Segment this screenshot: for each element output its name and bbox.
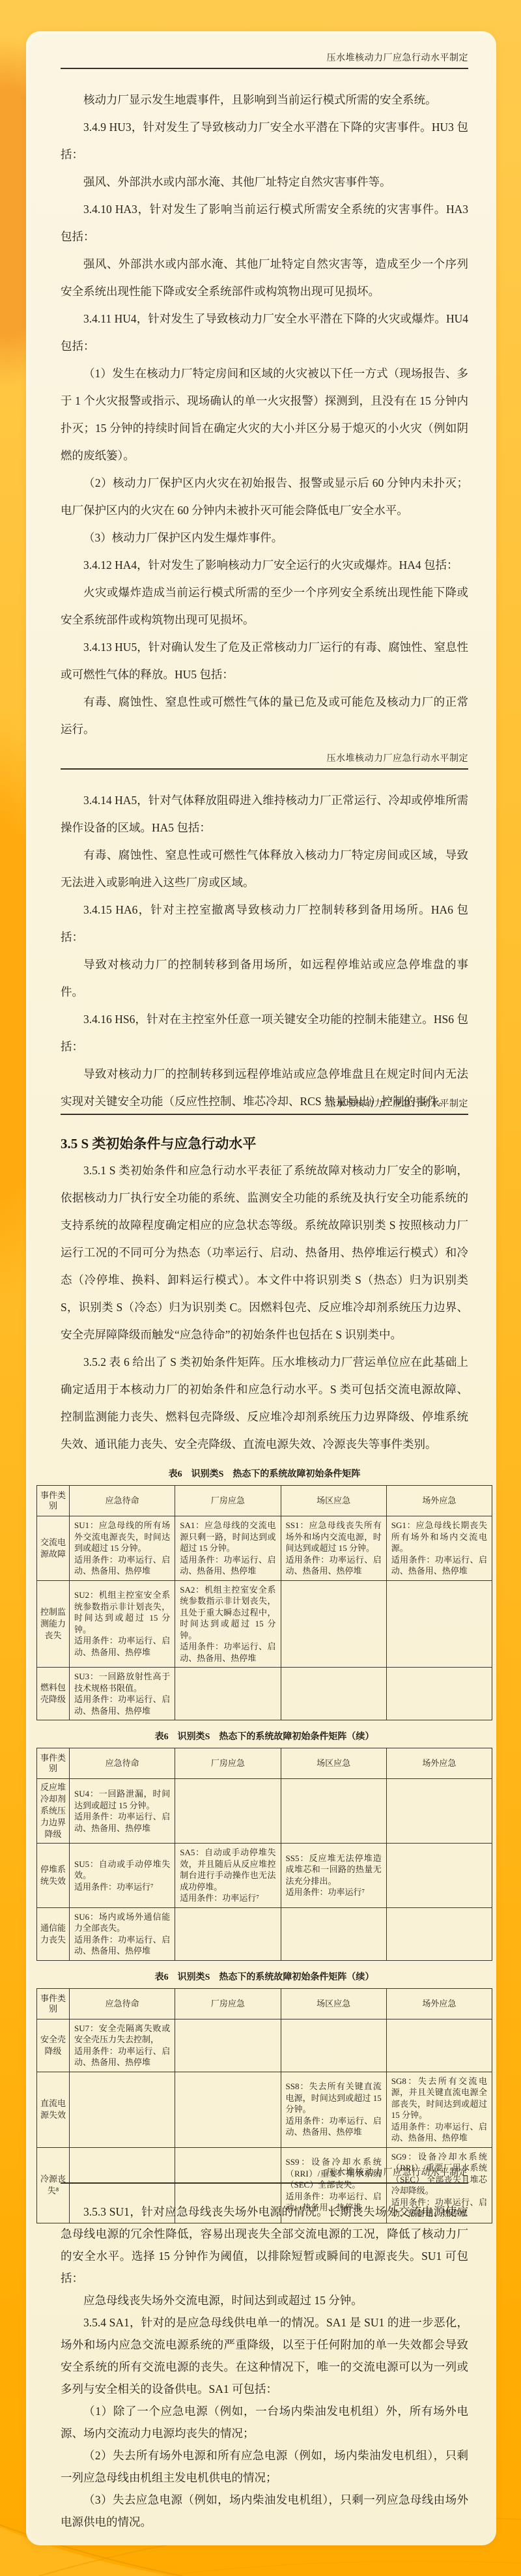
row-label: 安全壳降级	[37, 2019, 70, 2072]
row-label: 通信能力丧失	[37, 1907, 70, 1960]
column-header: 应急待命	[70, 1748, 175, 1779]
table-row: 安全壳降级SU7：安全壳隔离失败或安全壳压力失去控制，适用条件：功率运行、启动、…	[37, 2019, 492, 2072]
page-body: 3.5.3 SU1，针对应急母线丧失场外电源的情况。长期丧失场外交流电源使应急母…	[61, 2201, 468, 2533]
cell-text-line: 适用条件：功率运行⁷	[74, 1881, 170, 1893]
page-section: 压水堆核动力厂应急行动水平制定核动力厂显示发生地震事件，且影响到当前运行模式所需…	[61, 51, 468, 743]
eal-matrix-table: 事件类别应急待命厂房应急场区应急场外应急反应堆冷却剂系统压力边界降级SU4：一回…	[36, 1748, 492, 1961]
matrix-cell	[175, 2072, 281, 2147]
paragraph: 导致对核动力厂的控制转移到备用场所，如远程停堆站或应急停堆盘的事件。	[61, 951, 468, 1006]
matrix-cell: SU3：一回路放射性高于技术规格书限值。适用条件：功率运行、启动、热备用、热停堆	[70, 1668, 175, 1720]
matrix-cell	[281, 1907, 386, 1960]
cell-text-line: 适用条件：功率运行、启动、热备用、热停堆	[74, 1694, 170, 1716]
cell-text-line: SS5：反应堆无法停堆造成堆芯和一回路的热量无法充分排出。	[286, 1853, 382, 1887]
cell-text-line: SU3：一回路放射性高于技术规格书限值。	[74, 1671, 170, 1694]
paragraph: （1）发生在核动力厂特定房间和区域的火灾被以下任一方式（现场报告、多于 1 个火…	[61, 360, 468, 469]
cell-text-line: SS8：失去所有关键直流电源，时间达到或超过 15 分钟。	[286, 2081, 382, 2115]
matrix-cell: SU1：应急母线的所有场外交流电源丧失，时间达到或超过 15 分钟。适用条件：功…	[70, 1516, 175, 1581]
cell-text-line: SA5：自动或手动停堆失效，并且随后从反应堆控制台进行手动操作也无法成功停堆。	[180, 1847, 275, 1892]
cell-text-line: SU4：一回路泄漏，时间达到或超过 15 分钟。	[74, 1788, 170, 1811]
column-header: 应急待命	[70, 1988, 175, 2019]
matrix-cell	[175, 1668, 281, 1720]
matrix-cell	[175, 2019, 281, 2072]
paragraph: （2）核动力厂保护区内火灾在初始报告、报警或显示后 60 分钟内未扑灭；电厂保护…	[61, 469, 468, 524]
cell-text-line: SS1：应急母线丧失所有场外和场内交流电源，时间达到或超过 15 分钟。	[286, 1520, 382, 1554]
matrix-cell: SG1：应急母线长期丧失所有场外和场内交流电源。适用条件：功率运行、启动、热备用…	[386, 1516, 492, 1581]
cell-text-line: SA1：应急母线的交流电源只剩一路，时间达到或超过 15 分钟。	[180, 1520, 275, 1554]
matrix-cell: SS8：失去所有关键直流电源，时间达到或超过 15 分钟。适用条件：功率运行、启…	[281, 2072, 386, 2147]
table-row: 交流电源故障SU1：应急母线的所有场外交流电源丧失，时间达到或超过 15 分钟。…	[37, 1516, 492, 1581]
cell-text-line: SG8：失去所有交流电源，并且关键直流电源全部丧失，时间达到或超过 15 分钟。	[391, 2076, 487, 2121]
column-header: 应急待命	[70, 1486, 175, 1516]
matrix-cell	[281, 1779, 386, 1844]
cell-text-line: 适用条件：功率运行、启动、热备用、热停堆	[74, 1934, 170, 1957]
column-header: 厂房应急	[175, 1486, 281, 1516]
paragraph: （3）失去应急电源（例如，场内柴油发电机组），只剩一列应急母线由场外电源供电的情…	[61, 2489, 468, 2533]
table-caption: 表6 识别类S 热态下的系统故障初始条件矩阵（续）	[61, 1729, 468, 1743]
paragraph: 3.4.15 HA6，针对主控室撤离导致核动力厂控制转移到备用场所。HA6 包括…	[61, 896, 468, 951]
paragraph: 3.4.9 HU3，针对发生了导致核动力厂安全水平潜在下降的灾害事件。HU3 包…	[61, 113, 468, 168]
paragraph: 应急母线丧失场外交流电源，时间达到或超过 15 分钟。	[61, 2289, 468, 2311]
cell-text-line: 适用条件：功率运行、启动、热备用、热停堆	[180, 1641, 275, 1664]
column-header: 场外应急	[386, 1486, 492, 1516]
matrix-cell: SU2：机组主控室安全系统参数指示非计划丧失，时间达到或超过 15 分钟。适用条…	[70, 1580, 175, 1668]
section-heading: 3.5 S 类初始条件与应急行动水平	[61, 1133, 468, 1153]
paragraph: 3.4.11 HU4，针对发生了导致核动力厂安全水平潜在下降的火灾或爆炸。HU4…	[61, 305, 468, 360]
table-caption: 表6 识别类S 热态下的系统故障初始条件矩阵	[61, 1467, 468, 1480]
page-header: 压水堆核动力厂应急行动水平制定	[61, 2165, 468, 2184]
matrix-cell	[281, 1580, 386, 1668]
page-section: 压水堆核动力厂应急行动水平制定3.4.14 HA5，针对气体释放阻碍进入维持核动…	[61, 751, 468, 1115]
table-row: 反应堆冷却剂系统压力边界降级SU4：一回路泄漏，时间达到或超过 15 分钟。适用…	[37, 1779, 492, 1844]
paragraph: 3.4.14 HA5，针对气体释放阻碍进入维持核动力厂正常运行、冷却或停堆所需操…	[61, 787, 468, 841]
paragraph: 3.4.13 HU5，针对确认发生了危及正常核动力厂运行的有毒、腐蚀性、窒息性或…	[61, 633, 468, 688]
cell-text-line: 适用条件：功率运行、启动、热备用、热停堆	[391, 1554, 487, 1577]
table-row: 通信能力丧失SU6：场内或场外通信能力全部丧失。适用条件：功率运行、启动、热备用…	[37, 1907, 492, 1960]
paragraph: （3）核动力厂保护区内发生爆炸事件。	[61, 524, 468, 551]
table-header-row: 事件类别应急待命厂房应急场区应急场外应急	[37, 1748, 492, 1779]
cell-text-line: SG1：应急母线长期丧失所有场外和场内交流电源。	[391, 1520, 487, 1554]
row-label: 燃料包壳降级	[37, 1668, 70, 1720]
cell-text-line: 适用条件：功率运行、启动、热备用、热停堆	[74, 1635, 170, 1658]
paragraph: 3.4.12 HA4，针对发生了影响核动力厂安全运行的火灾或爆炸。HA4 包括：	[61, 551, 468, 579]
matrix-cell	[175, 1907, 281, 1960]
page-header: 压水堆核动力厂应急行动水平制定	[61, 751, 468, 770]
cell-text-line: 适用条件：功率运行、启动、热备用、热停堆	[74, 1811, 170, 1834]
page-body: 3.4.14 HA5，针对气体释放阻碍进入维持核动力厂正常运行、冷却或停堆所需操…	[61, 787, 468, 1115]
table-head: 事件类别应急待命厂房应急场区应急场外应急	[37, 1486, 492, 1516]
paragraph: 核动力厂显示发生地震事件，且影响到当前运行模式所需的安全系统。	[61, 86, 468, 113]
matrix-cell	[281, 2019, 386, 2072]
paragraph: 有毒、腐蚀性、窒息性或可燃性气体的量已危及或可能危及核动力厂的正常运行。	[61, 688, 468, 743]
row-label: 反应堆冷却剂系统压力边界降级	[37, 1779, 70, 1844]
matrix-cell: SU5：自动或手动停堆失效。适用条件：功率运行⁷	[70, 1844, 175, 1908]
paragraph: 有毒、腐蚀性、窒息性或可燃性气体释放入核动力厂特定房间或区域，导致无法进入或影响…	[61, 841, 468, 896]
paragraph: 强风、外部洪水或内部水淹、其他厂址特定自然灾害等，造成至少一个序列安全系统出现性…	[61, 250, 468, 305]
page-body: 核动力厂显示发生地震事件，且影响到当前运行模式所需的安全系统。3.4.9 HU3…	[61, 86, 468, 743]
cell-text-line: 适用条件：功率运行、启动、热备用、热停堆	[286, 1554, 382, 1577]
table-row: 控制监测能力丧失SU2：机组主控室安全系统参数指示非计划丧失，时间达到或超过 1…	[37, 1580, 492, 1668]
table-head: 事件类别应急待命厂房应急场区应急场外应急	[37, 1748, 492, 1779]
paragraph: 3.5.3 SU1，针对应急母线丧失场外电源的情况。长期丧失场外交流电源使应急母…	[61, 2201, 468, 2289]
column-header: 场区应急	[281, 1486, 386, 1516]
column-header: 厂房应急	[175, 1988, 281, 2019]
screenshot-root: { "colors":{ "background_orange_top":"#f…	[0, 0, 521, 2576]
paragraph: 3.4.10 HA3，针对发生了影响当前运行模式所需安全系统的灾害事件。HA3 …	[61, 195, 468, 250]
cell-text-line: SU5：自动或手动停堆失效。	[74, 1859, 170, 1881]
matrix-cell: SA1：应急母线的交流电源只剩一路，时间达到或超过 15 分钟。适用条件：功率运…	[175, 1516, 281, 1581]
matrix-cell: SA2：机组主控室安全系统参数指示非计划丧失，且处于重大瞬态过程中，时间达到或超…	[175, 1580, 281, 1668]
page-header: 压水堆核动力厂应急行动水平制定	[61, 1097, 468, 1115]
paragraph: 火灾或爆炸造成当前运行模式所需的至少一个序列安全系统出现性能下降或安全系统部件或…	[61, 579, 468, 633]
matrix-cell	[386, 1668, 492, 1720]
cell-text-line: 适用条件：功率运行⁷	[286, 1887, 382, 1898]
column-header: 事件类别	[37, 1486, 70, 1516]
matrix-cell: SS1：应急母线丧失所有场外和场内交流电源，时间达到或超过 15 分钟。适用条件…	[281, 1516, 386, 1581]
matrix-cell: SU7：安全壳隔离失败或安全壳压力失去控制，适用条件：功率运行、启动、热备用、热…	[70, 2019, 175, 2072]
column-header: 事件类别	[37, 1988, 70, 2019]
table-row: 直流电源失效SS8：失去所有关键直流电源，时间达到或超过 15 分钟。适用条件：…	[37, 2072, 492, 2147]
table-head: 事件类别应急待命厂房应急场区应急场外应急	[37, 1988, 492, 2019]
matrix-cell	[281, 1668, 386, 1720]
cell-text-line: 适用条件：功率运行、启动、热备用、热停堆	[391, 2121, 487, 2144]
cell-text-line: 适用条件：功率运行⁷	[180, 1892, 275, 1904]
cell-text-line: 适用条件：功率运行、启动、热备用、热停堆	[74, 1554, 170, 1577]
paragraph: 强风、外部洪水或内部水淹、其他厂址特定自然灾害事件等。	[61, 168, 468, 195]
paragraph: （2）失去所有场外电源和所有应急电源（例如，场内柴油发电机组），只剩一列应急母线…	[61, 2444, 468, 2489]
matrix-cell	[386, 1907, 492, 1960]
cell-text-line: 适用条件：功率运行、启动、热备用、热停堆	[286, 2115, 382, 2138]
eal-matrix-table: 事件类别应急待命厂房应急场区应急场外应急交流电源故障SU1：应急母线的所有场外交…	[36, 1485, 492, 1720]
matrix-cell: SG8：失去所有交流电源，并且关键直流电源全部丧失，时间达到或超过 15 分钟。…	[386, 2072, 492, 2147]
paragraph: 3.4.16 HS6，针对在主控室外任意一项关键安全功能的控制未能建立。HS6 …	[61, 1006, 468, 1060]
cell-text-line: SU7：安全壳隔离失败或安全壳压力失去控制，	[74, 2023, 170, 2046]
cell-text-line: SU1：应急母线的所有场外交流电源丧失，时间达到或超过 15 分钟。	[74, 1520, 170, 1554]
cell-text-line: SU2：机组主控室安全系统参数指示非计划丧失，时间达到或超过 15 分钟。	[74, 1589, 170, 1635]
cell-text-line: 适用条件：功率运行、启动、热备用、热停堆	[74, 2046, 170, 2068]
matrix-cell: SU6：场内或场外通信能力全部丧失。适用条件：功率运行、启动、热备用、热停堆	[70, 1907, 175, 1960]
table-caption: 表6 识别类S 热态下的系统故障初始条件矩阵（续）	[61, 1970, 468, 1983]
matrix-cell: SU4：一回路泄漏，时间达到或超过 15 分钟。适用条件：功率运行、启动、热备用…	[70, 1779, 175, 1844]
table-header-row: 事件类别应急待命厂房应急场区应急场外应急	[37, 1486, 492, 1516]
document-page: 压水堆核动力厂应急行动水平制定核动力厂显示发生地震事件，且影响到当前运行模式所需…	[26, 31, 496, 2545]
row-label: 直流电源失效	[37, 2072, 70, 2147]
table-body: 反应堆冷却剂系统压力边界降级SU4：一回路泄漏，时间达到或超过 15 分钟。适用…	[37, 1779, 492, 1961]
paragraph: （1）除了一个应急电源（例如，一台场内柴油发电机组）外，所有场外电源、场内交流动…	[61, 2400, 468, 2444]
matrix-cell	[70, 2072, 175, 2147]
column-header: 场外应急	[386, 1988, 492, 2019]
column-header: 场区应急	[281, 1988, 386, 2019]
table-header-row: 事件类别应急待命厂房应急场区应急场外应急	[37, 1988, 492, 2019]
column-header: 厂房应急	[175, 1748, 281, 1779]
column-header: 事件类别	[37, 1748, 70, 1779]
matrix-cell	[386, 2019, 492, 2072]
page-body: 3.5 S 类初始条件与应急行动水平3.5.1 S 类初始条件和应急行动水平表征…	[61, 1133, 468, 2223]
matrix-cell	[386, 1844, 492, 1908]
row-label: 控制监测能力丧失	[37, 1580, 70, 1668]
table-row: 燃料包壳降级SU3：一回路放射性高于技术规格书限值。适用条件：功率运行、启动、热…	[37, 1668, 492, 1720]
column-header: 场外应急	[386, 1748, 492, 1779]
page-section: 压水堆核动力厂应急行动水平制定3.5.3 SU1，针对应急母线丧失场外电源的情况…	[61, 2165, 468, 2533]
cell-text-line: SA2：机组主控室安全系统参数指示非计划丧失，且处于重大瞬态过程中，时间达到或超…	[180, 1584, 275, 1642]
cell-text-line: 适用条件：功率运行、启动、热备用、热停堆	[180, 1554, 275, 1577]
row-label: 交流电源故障	[37, 1516, 70, 1581]
cell-text-line: SU6：场内或场外通信能力全部丧失。	[74, 1911, 170, 1934]
table-body: 交流电源故障SU1：应急母线的所有场外交流电源丧失，时间达到或超过 15 分钟。…	[37, 1516, 492, 1720]
matrix-cell: SS5：反应堆无法停堆造成堆芯和一回路的热量无法充分排出。适用条件：功率运行⁷	[281, 1844, 386, 1908]
matrix-cell: SA5：自动或手动停堆失效，并且随后从反应堆控制台进行手动操作也无法成功停堆。适…	[175, 1844, 281, 1908]
page-header: 压水堆核动力厂应急行动水平制定	[61, 51, 468, 69]
paragraph: 3.5.2 表 6 给出了 S 类初始条件矩阵。压水堆核动力厂营运单位应在此基础…	[61, 1348, 468, 1458]
paragraph: 3.5.4 SA1，针对的是应急母线供电单一的情况。SA1 是 SU1 的进一步…	[61, 2311, 468, 2400]
paragraph: 3.5.1 S 类初始条件和应急行动水平表征了系统故障对核动力厂安全的影响，依据…	[61, 1157, 468, 1348]
table-row: 停堆系统失效SU5：自动或手动停堆失效。适用条件：功率运行⁷SA5：自动或手动停…	[37, 1844, 492, 1908]
page-section: 压水堆核动力厂应急行动水平制定3.5 S 类初始条件与应急行动水平3.5.1 S…	[61, 1097, 468, 2223]
matrix-cell	[175, 1779, 281, 1844]
column-header: 场区应急	[281, 1748, 386, 1779]
matrix-cell	[386, 1779, 492, 1844]
row-label: 停堆系统失效	[37, 1844, 70, 1908]
matrix-cell	[386, 1580, 492, 1668]
